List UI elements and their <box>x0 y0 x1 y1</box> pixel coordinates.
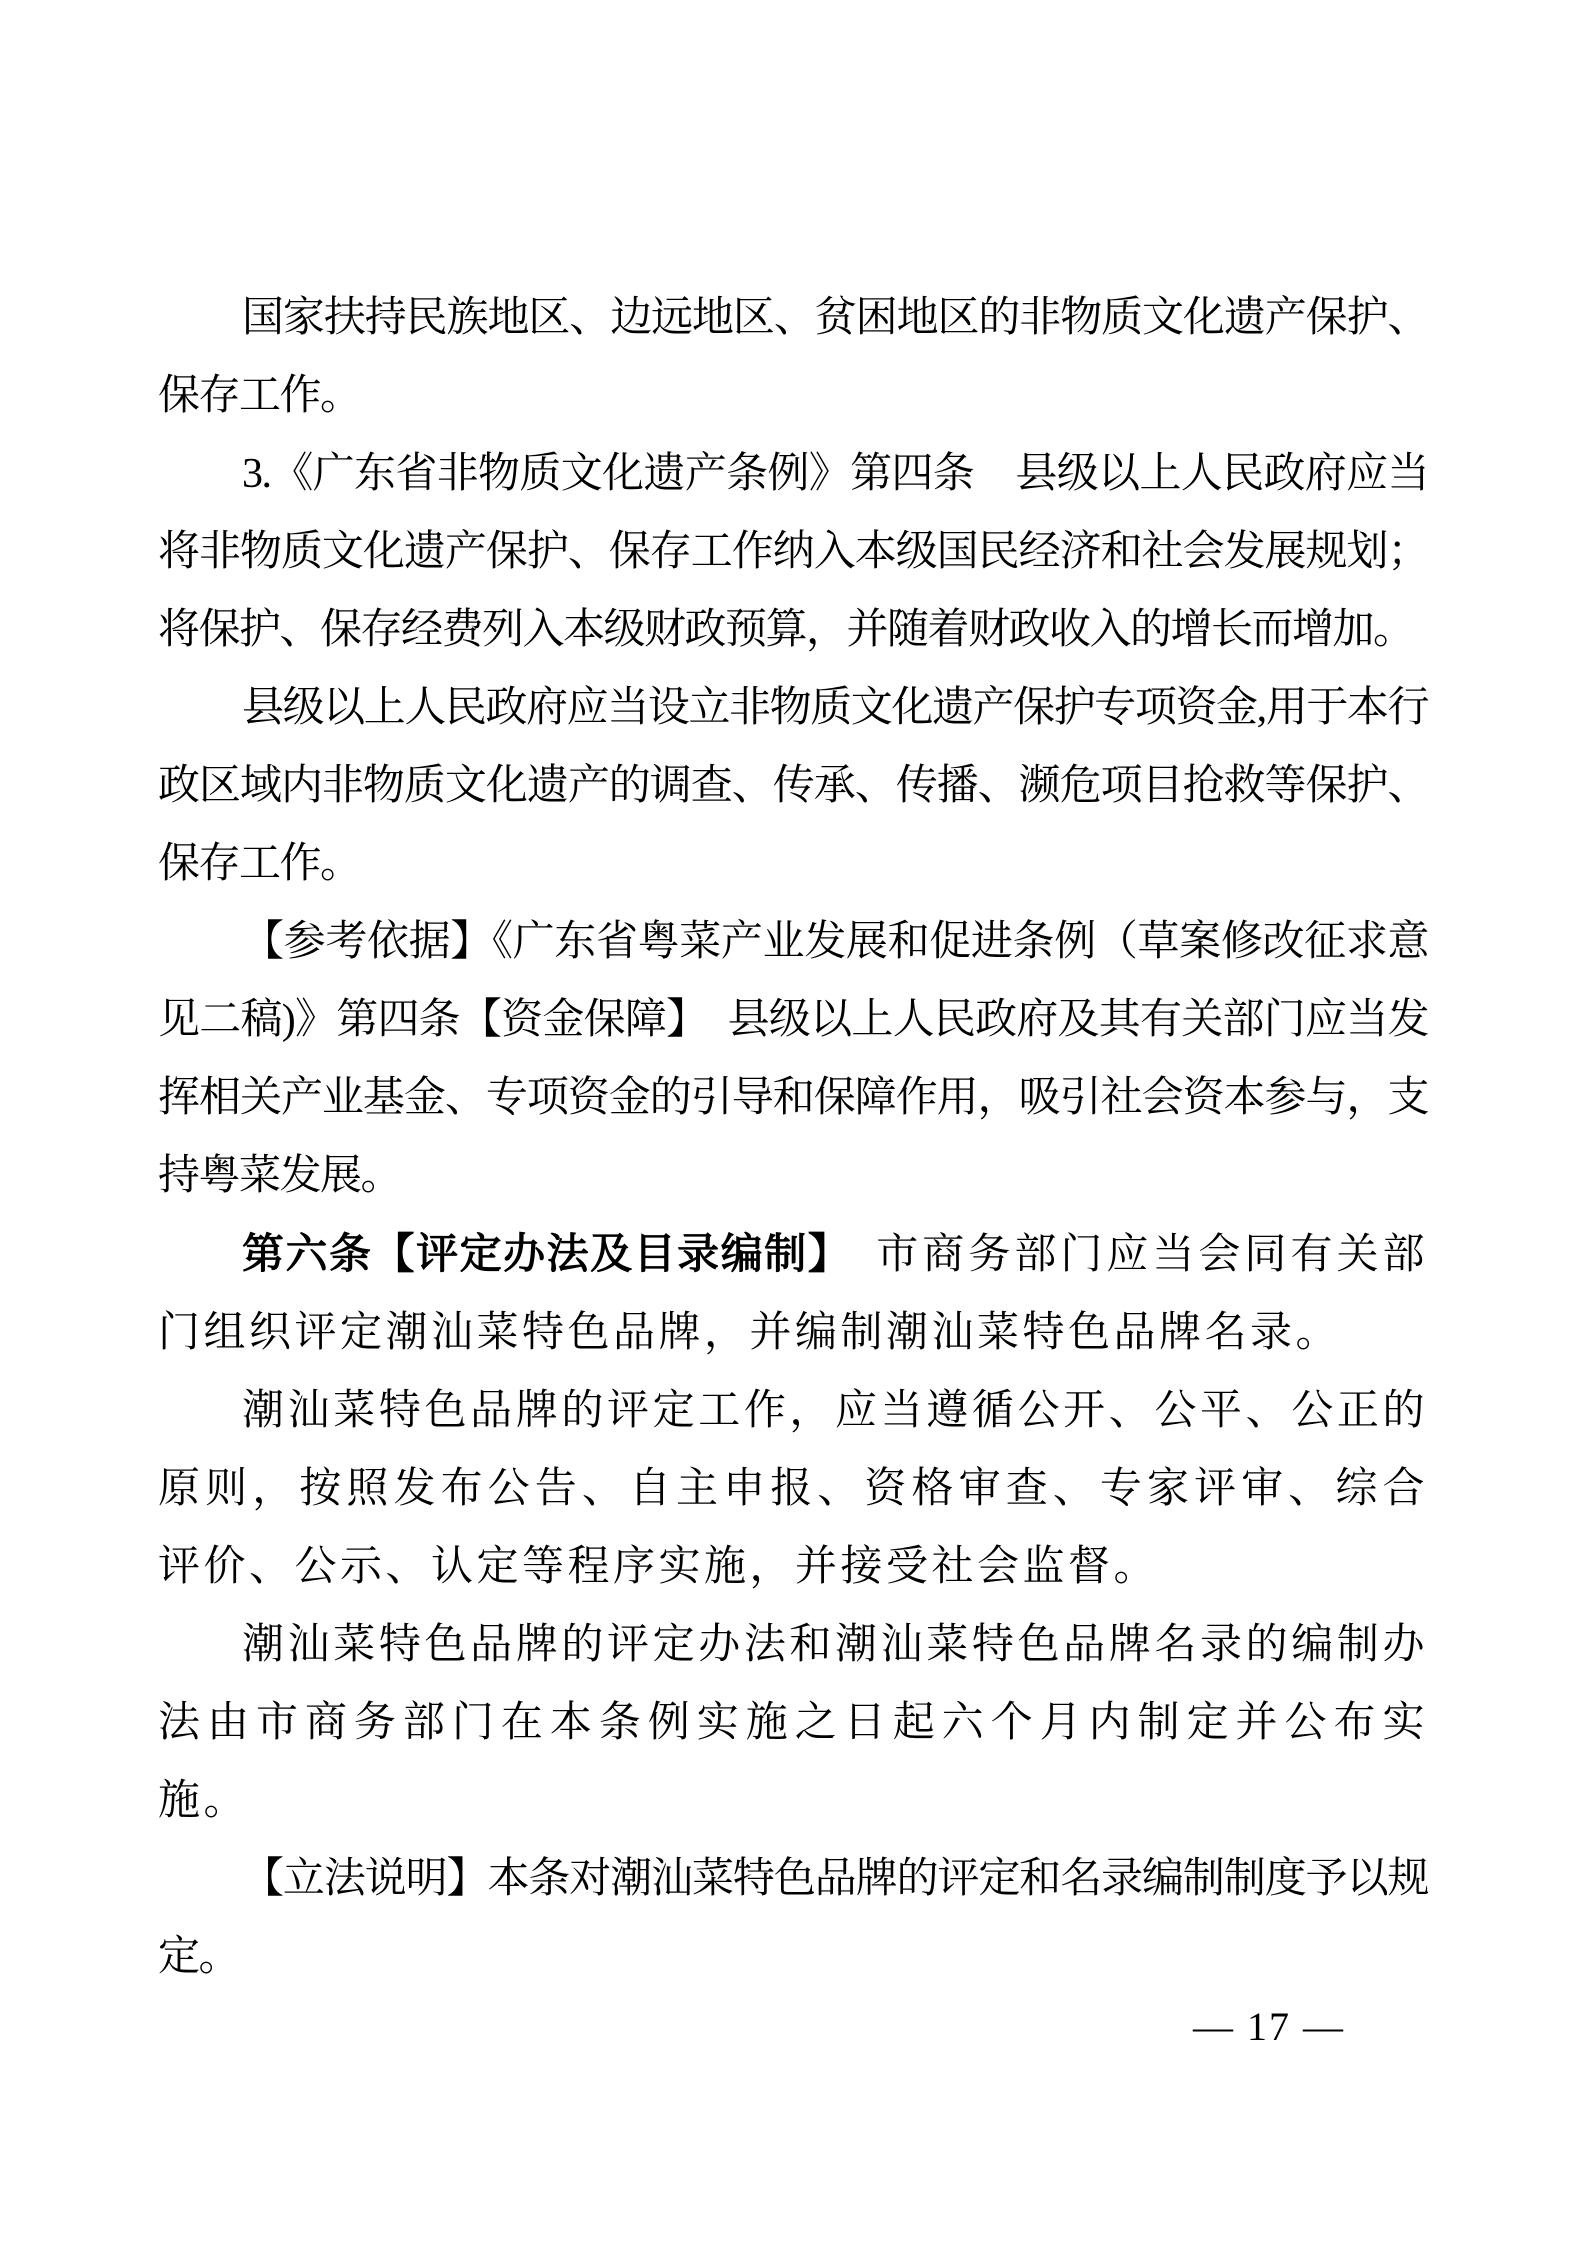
paragraph-text: 【立法说明】本条对潮汕菜特色品牌的评定和名录编制制度予以规定。 <box>158 1856 1428 1980</box>
paragraph-text: 潮汕菜特色品牌的评定工作，应当遵循公开、公平、公正的原则，按照发布公告、自主申报… <box>158 1388 1428 1590</box>
paragraph-text: 3.《广东省非物质文化遗产条例》第四条 县级以上人民政府应当将非物质文化遗产保护… <box>158 451 1428 653</box>
document-body: 国家扶持民族地区、边远地区、贫困地区的非物质文化遗产保护、保存工作。 3.《广东… <box>158 279 1428 1996</box>
paragraph-text: 国家扶持民族地区、边远地区、贫困地区的非物质文化遗产保护、保存工作。 <box>158 295 1428 419</box>
paragraph-text: 【参考依据】《广东省粤菜产业发展和促进条例（草案修改征求意见二稿)》第四条【资金… <box>158 919 1428 1199</box>
paragraph-gd-ich-regulation-article4: 3.《广东省非物质文化遗产条例》第四条 县级以上人民政府应当将非物质文化遗产保护… <box>158 435 1428 669</box>
paragraph-method-deadline: 潮汕菜特色品牌的评定办法和潮汕菜特色品牌名录的编制办法由市商务部门在本条例实施之… <box>158 1606 1428 1840</box>
document-page: 国家扶持民族地区、边远地区、贫困地区的非物质文化遗产保护、保存工作。 3.《广东… <box>0 0 1587 2245</box>
paragraph-evaluation-procedure: 潮汕菜特色品牌的评定工作，应当遵循公开、公平、公正的原则，按照发布公告、自主申报… <box>158 1372 1428 1606</box>
paragraph-reference-basis: 【参考依据】《广东省粤菜产业发展和促进条例（草案修改征求意见二稿)》第四条【资金… <box>158 903 1428 1215</box>
paragraph-article6-heading: 第六条【评定办法及目录编制】 市商务部门应当会同有关部门组织评定潮汕菜特色品牌，… <box>158 1215 1428 1372</box>
paragraph-text: 潮汕菜特色品牌的评定办法和潮汕菜特色品牌名录的编制办法由市商务部门在本条例实施之… <box>158 1622 1428 1824</box>
page-number: — 17 — <box>1193 2003 1345 2050</box>
article6-heading-bold: 第六条【评定办法及目录编制】 <box>242 1230 830 1277</box>
paragraph-special-fund: 县级以上人民政府应当设立非物质文化遗产保护专项资金,用于本行政区域内非物质文化遗… <box>158 669 1428 903</box>
paragraph-text: 县级以上人民政府应当设立非物质文化遗产保护专项资金,用于本行政区域内非物质文化遗… <box>158 685 1428 887</box>
paragraph-legislative-note: 【立法说明】本条对潮汕菜特色品牌的评定和名录编制制度予以规定。 <box>158 1840 1428 1996</box>
paragraph-national-support: 国家扶持民族地区、边远地区、贫困地区的非物质文化遗产保护、保存工作。 <box>158 279 1428 435</box>
